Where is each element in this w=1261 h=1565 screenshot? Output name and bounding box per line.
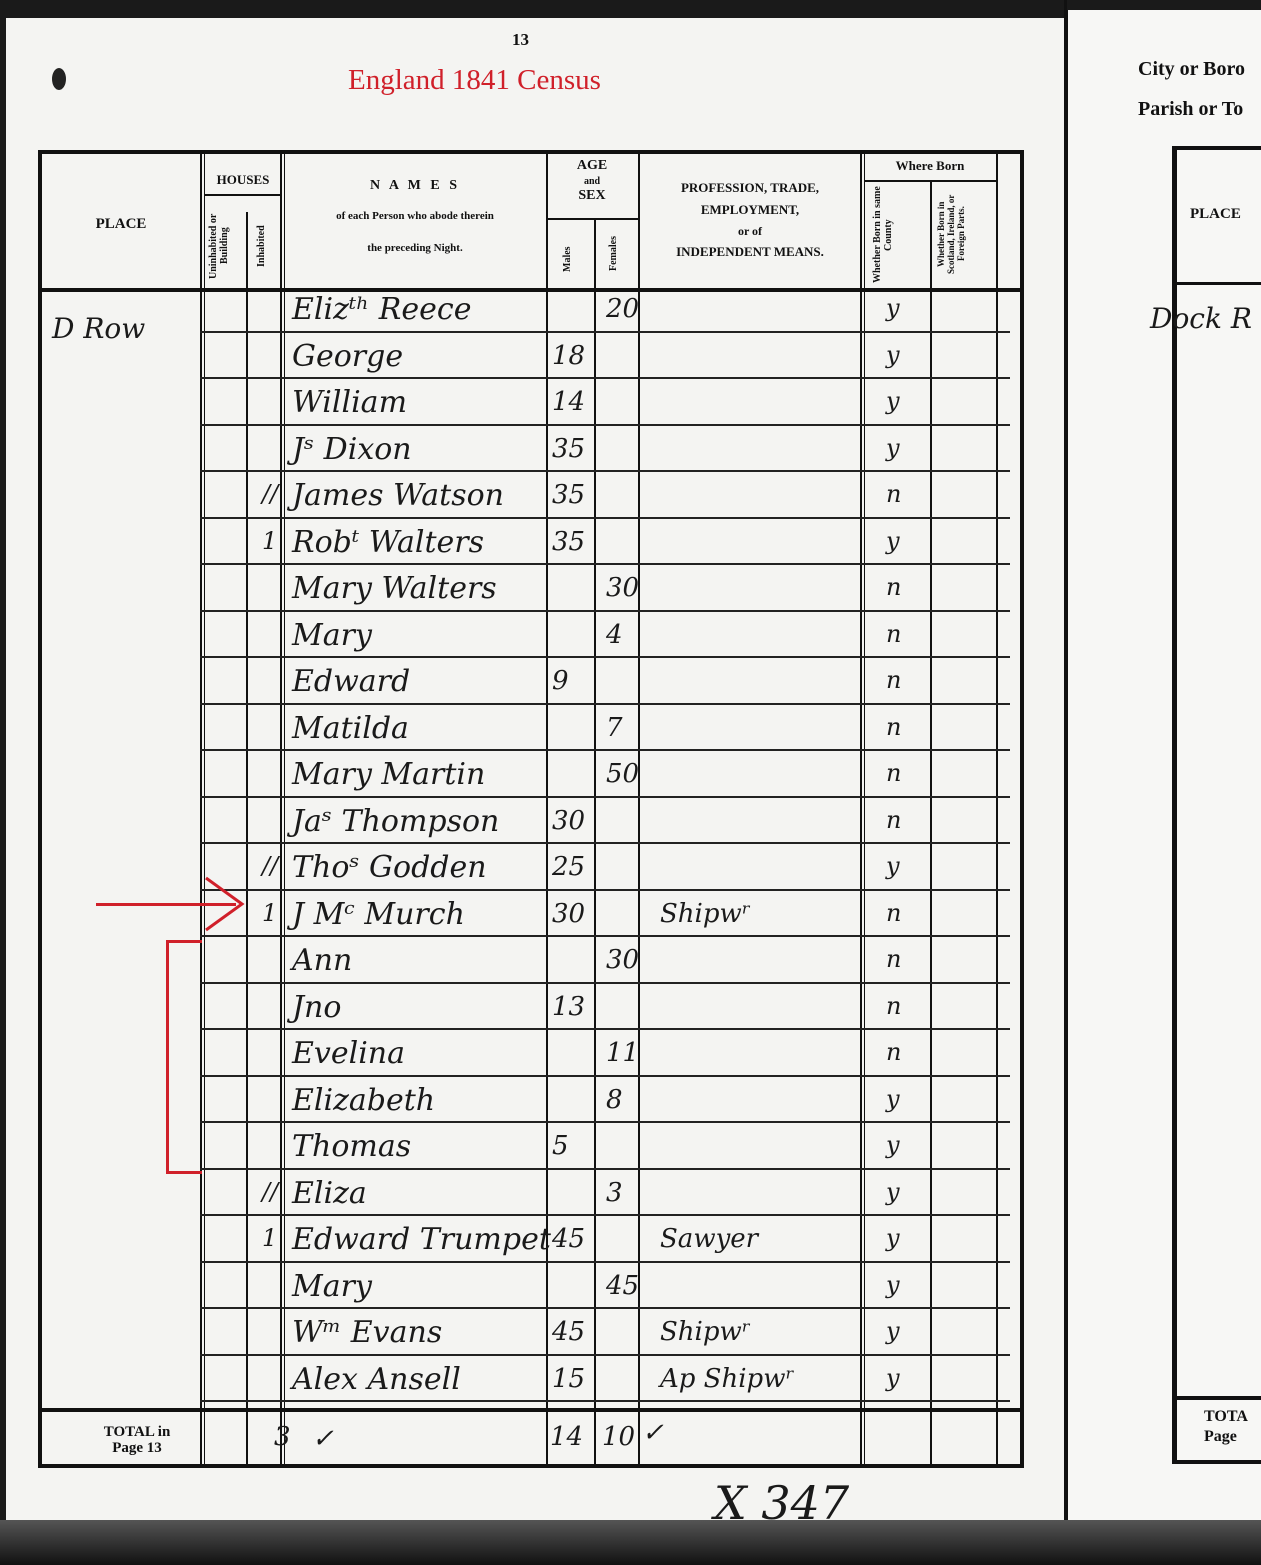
place-entry: D Row xyxy=(52,312,145,345)
age-male: 14 xyxy=(552,387,585,417)
age-male: 18 xyxy=(552,341,585,371)
col-divider xyxy=(546,154,548,1468)
born-same-county: n xyxy=(886,573,901,601)
born-same-county: n xyxy=(886,759,901,787)
col-divider xyxy=(280,154,282,1468)
born-same-county: y xyxy=(886,1271,900,1299)
age-female: 4 xyxy=(606,620,623,650)
born-same-county: y xyxy=(886,294,900,322)
arrowhead-icon xyxy=(200,876,248,932)
age-male: 9 xyxy=(552,666,569,696)
age-male: 30 xyxy=(552,806,585,836)
row-rule xyxy=(200,610,1010,612)
person-name: Wᵐ Evans xyxy=(292,1315,442,1350)
age-female: 3 xyxy=(606,1178,623,1208)
header-profession-4: INDEPENDENT MEANS. xyxy=(640,244,860,260)
check-mark: ✓ xyxy=(642,1418,664,1448)
page-shadow xyxy=(0,1520,1261,1565)
person-name: Thoˢ Godden xyxy=(292,850,487,885)
person-name: Mary xyxy=(292,618,372,653)
person-name: Edward Trumpet xyxy=(292,1222,551,1257)
occupation: Ap Shipwʳ xyxy=(660,1364,794,1394)
person-name: Mary xyxy=(292,1269,372,1304)
header-houses: HOUSES xyxy=(204,172,282,188)
born-same-county: y xyxy=(886,1317,900,1345)
person-name: Mary Martin xyxy=(292,757,485,792)
row-rule xyxy=(200,377,1010,379)
born-same-county: y xyxy=(886,1131,900,1159)
row-rule xyxy=(200,1261,1010,1263)
header-profession-1: PROFESSION, TRADE, xyxy=(640,180,860,196)
row-mark: // xyxy=(262,480,278,508)
row-rule xyxy=(200,749,1010,751)
col-divider xyxy=(246,212,248,1468)
person-name: Edward xyxy=(292,664,410,699)
age-female: 11 xyxy=(606,1038,639,1068)
row-rule xyxy=(200,470,1010,472)
row-rule xyxy=(200,1354,1010,1356)
age-male: 35 xyxy=(552,527,585,557)
row-rule xyxy=(200,1075,1010,1077)
born-same-county: y xyxy=(886,434,900,462)
total-label-2: Page 13 xyxy=(82,1440,192,1456)
page-number: 13 xyxy=(512,30,529,50)
row-rule xyxy=(200,889,1010,891)
totals-top xyxy=(42,1408,1020,1412)
header-age: AGE xyxy=(546,158,638,174)
header-divider xyxy=(864,180,996,182)
row-rule xyxy=(200,1121,1010,1123)
row-rule xyxy=(200,796,1010,798)
person-name: Mary Walters xyxy=(292,571,497,606)
punch-hole xyxy=(52,68,66,90)
age-female: 7 xyxy=(606,713,623,743)
person-name: James Watson xyxy=(292,478,504,513)
born-same-county: n xyxy=(886,1038,901,1066)
col-divider xyxy=(284,154,285,1468)
person-name: Evelina xyxy=(292,1036,405,1071)
age-female: 50 xyxy=(606,759,639,789)
row-rule xyxy=(200,517,1010,519)
total-males: 14 xyxy=(550,1422,583,1452)
next-page-total-2: Page xyxy=(1204,1428,1237,1446)
header-names: N A M E S xyxy=(284,178,546,194)
col-divider xyxy=(200,154,202,1468)
header-born-same-county: Whether Born in same County xyxy=(872,186,922,284)
next-page-total-1: TOTA xyxy=(1204,1408,1248,1426)
total-label-1: TOTAL in xyxy=(82,1424,192,1440)
person-name: Jˢ Dixon xyxy=(292,432,412,467)
total-label: TOTAL in Page 13 xyxy=(82,1424,192,1456)
age-male: 13 xyxy=(552,992,585,1022)
col-divider xyxy=(930,182,932,1468)
row-rule xyxy=(200,703,1010,705)
header-sex: SEX xyxy=(546,188,638,204)
col-divider xyxy=(594,220,596,1468)
born-same-county: n xyxy=(886,806,901,834)
header-divider xyxy=(204,194,282,196)
next-page-place-entry: Dock R xyxy=(1150,302,1252,335)
born-same-county: y xyxy=(886,852,900,880)
person-name: J Mᶜ Murch xyxy=(292,897,465,932)
row-rule xyxy=(200,1307,1010,1309)
born-same-county: n xyxy=(886,992,901,1020)
person-name: Jaˢ Thompson xyxy=(292,804,499,839)
check-mark: ✓ xyxy=(312,1424,334,1454)
red-bracket xyxy=(166,940,202,1174)
born-same-county: y xyxy=(886,1224,900,1252)
born-same-county: n xyxy=(886,945,901,973)
total-inhabited: 3 xyxy=(274,1422,291,1452)
age-female: 30 xyxy=(606,945,639,975)
row-mark: // xyxy=(262,852,278,880)
header-males: Males xyxy=(562,234,578,284)
row-rule xyxy=(200,1400,1010,1402)
row-rule xyxy=(200,1168,1010,1170)
born-same-county: n xyxy=(886,899,901,927)
overlay-title: England 1841 Census xyxy=(348,64,601,97)
age-male: 5 xyxy=(552,1131,569,1161)
row-rule xyxy=(200,563,1010,565)
born-same-county: n xyxy=(886,620,901,648)
header-names-sub1: of each Person who abode therein xyxy=(284,210,546,222)
header-bottom xyxy=(42,288,1020,292)
header-where-born: Where Born xyxy=(864,158,996,174)
census-table: PLACE HOUSES Uninhabited or Building Inh… xyxy=(38,150,1024,1468)
header-age-and: and xyxy=(546,176,638,187)
born-same-county: n xyxy=(886,666,901,694)
total-females: 10 xyxy=(602,1422,635,1452)
born-same-county: y xyxy=(886,1085,900,1113)
age-female: 8 xyxy=(606,1085,623,1115)
next-page-table xyxy=(1172,146,1261,1464)
born-same-county: y xyxy=(886,387,900,415)
next-page-header-2: Parish or To xyxy=(1138,98,1243,121)
header-bottom xyxy=(1177,282,1261,285)
col-divider xyxy=(860,154,862,1468)
row-rule xyxy=(200,656,1010,658)
born-same-county: y xyxy=(886,1178,900,1206)
person-name: Jno xyxy=(292,990,341,1025)
row-mark: // xyxy=(262,1178,278,1206)
row-rule xyxy=(200,331,1010,333)
born-same-county: n xyxy=(886,480,901,508)
row-mark: 1 xyxy=(262,527,277,555)
person-name: George xyxy=(292,339,403,374)
row-rule xyxy=(200,424,1010,426)
person-name: Alex Ansell xyxy=(292,1362,461,1397)
row-rule xyxy=(200,1028,1010,1030)
born-same-county: y xyxy=(886,527,900,555)
col-divider xyxy=(996,154,998,1468)
header-uninhabited: Uninhabited or Building xyxy=(208,206,242,286)
next-page-header-1: City or Boro xyxy=(1138,58,1245,81)
person-name: Eliza xyxy=(292,1176,367,1211)
header-females: Females xyxy=(608,224,624,284)
occupation: Shipwʳ xyxy=(660,1317,751,1347)
totals-top xyxy=(1177,1396,1261,1400)
header-profession-3: or of xyxy=(640,224,860,239)
row-rule xyxy=(200,935,1010,937)
person-name: Thomas xyxy=(292,1129,411,1164)
age-male: 15 xyxy=(552,1364,585,1394)
header-names-sub2: the preceding Night. xyxy=(284,242,546,254)
age-male: 35 xyxy=(552,480,585,510)
occupation: Shipwʳ xyxy=(660,899,751,929)
occupation: Sawyer xyxy=(660,1224,758,1254)
row-rule xyxy=(200,842,1010,844)
age-male: 45 xyxy=(552,1317,585,1347)
person-name: Elizabeth xyxy=(292,1083,435,1118)
age-male: 45 xyxy=(552,1224,585,1254)
person-name: Elizᵗʰ Reece xyxy=(292,292,471,327)
person-name: Ann xyxy=(292,943,352,978)
header-born-foreign: Whether Born in Scotland, Ireland, or Fo… xyxy=(936,184,992,284)
person-name: Matilda xyxy=(292,711,409,746)
age-female: 30 xyxy=(606,573,639,603)
age-male: 25 xyxy=(552,852,585,882)
row-mark: 1 xyxy=(262,899,277,927)
age-female: 20 xyxy=(606,294,639,324)
born-same-county: y xyxy=(886,341,900,369)
person-name: William xyxy=(292,385,407,420)
age-male: 30 xyxy=(552,899,585,929)
header-inhabited: Inhabited xyxy=(256,206,272,286)
age-female: 45 xyxy=(606,1271,639,1301)
age-male: 35 xyxy=(552,434,585,464)
born-same-county: n xyxy=(886,713,901,741)
person-name: Robᵗ Walters xyxy=(292,525,484,560)
row-rule xyxy=(200,1214,1010,1216)
row-rule xyxy=(200,982,1010,984)
header-profession-2: EMPLOYMENT, xyxy=(640,202,860,218)
row-mark: 1 xyxy=(262,1224,277,1252)
col-divider xyxy=(864,154,865,1468)
born-same-county: y xyxy=(886,1364,900,1392)
header-divider xyxy=(546,218,638,220)
next-page-place-header: PLACE xyxy=(1190,206,1241,223)
header-place: PLACE xyxy=(42,216,200,233)
col-divider xyxy=(204,154,205,1468)
